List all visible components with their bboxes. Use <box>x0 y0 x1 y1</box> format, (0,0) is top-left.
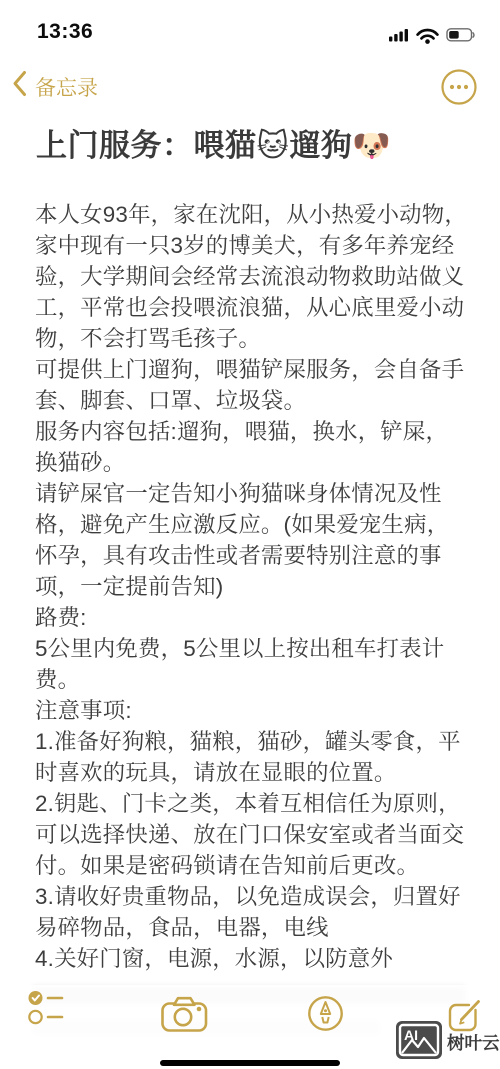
markup-button[interactable] <box>307 995 344 1037</box>
note-paragraph: 注意事项: <box>35 695 469 726</box>
home-indicator[interactable] <box>160 1060 340 1066</box>
note-paragraph: 本人女93年，家在沈阳，从小热爱小动物，家中现有一只3岁的博美犬，有多年养宠经验… <box>35 199 469 354</box>
chevron-left-icon <box>12 70 27 103</box>
note-paragraph: 5公里内免费，5公里以上按出租车打表计费。 <box>35 633 469 695</box>
wifi-icon <box>416 26 439 49</box>
note-paragraph: 服务内容包括:遛狗，喂猫，换水，铲屎，换猫砂。 <box>35 416 469 478</box>
ellipsis-circle-icon <box>440 93 478 110</box>
note-paragraph: 4.关好门窗，电源，水源，以防意外 <box>35 943 469 974</box>
watermark: AI 树叶云 <box>396 1021 500 1064</box>
back-button[interactable]: 备忘录 <box>12 70 98 103</box>
more-options-button[interactable] <box>440 68 478 111</box>
checklist-icon <box>27 1018 65 1035</box>
checklist-button[interactable] <box>27 989 65 1036</box>
note-paragraph: 请铲屎官一定告知小狗猫咪身体情况及性格，避免产生应激反应。(如果爱宠生病，怀孕，… <box>35 478 469 602</box>
note-paragraph: 3.请收好贵重物品，以免造成误会，归置好易碎物品，食品，电器，电线 <box>35 881 469 943</box>
note-body[interactable]: 本人女93年，家在沈阳，从小热爱小动物，家中现有一只3岁的博美犬，有多年养宠经验… <box>35 199 469 974</box>
status-icons <box>389 26 476 49</box>
signal-icon <box>389 28 409 47</box>
pen-circle-icon <box>307 1019 344 1036</box>
note-paragraph: 可提供上门遛狗，喂猫铲屎服务，会自备手套、脚套、口罩、垃圾袋。 <box>35 354 469 416</box>
note-paragraph: 1.准备好狗粮，猫粮，猫砂，罐头零食，平时喜欢的玩具，请放在显眼的位置。 <box>35 726 469 788</box>
ai-image-badge-icon: AI <box>396 1021 442 1064</box>
watermark-label: 树叶云 <box>447 1030 500 1055</box>
clock: 13:36 <box>37 20 93 44</box>
nav-bar: 备忘录 <box>0 64 500 110</box>
note-paragraph: 路费: <box>35 602 469 633</box>
camera-button[interactable] <box>161 995 208 1038</box>
back-label: 备忘录 <box>35 72 98 102</box>
note-title[interactable]: 上门服务：喂猫🐱遛狗🐶 <box>36 120 472 165</box>
status-bar: 13:36 <box>0 0 500 56</box>
camera-icon <box>161 1020 208 1037</box>
note-paragraph: 2.钥匙、门卡之类，本着互相信任为原则，可以选择快递、放在门口保安室或者当面交付… <box>35 788 469 881</box>
battery-icon <box>446 27 476 48</box>
